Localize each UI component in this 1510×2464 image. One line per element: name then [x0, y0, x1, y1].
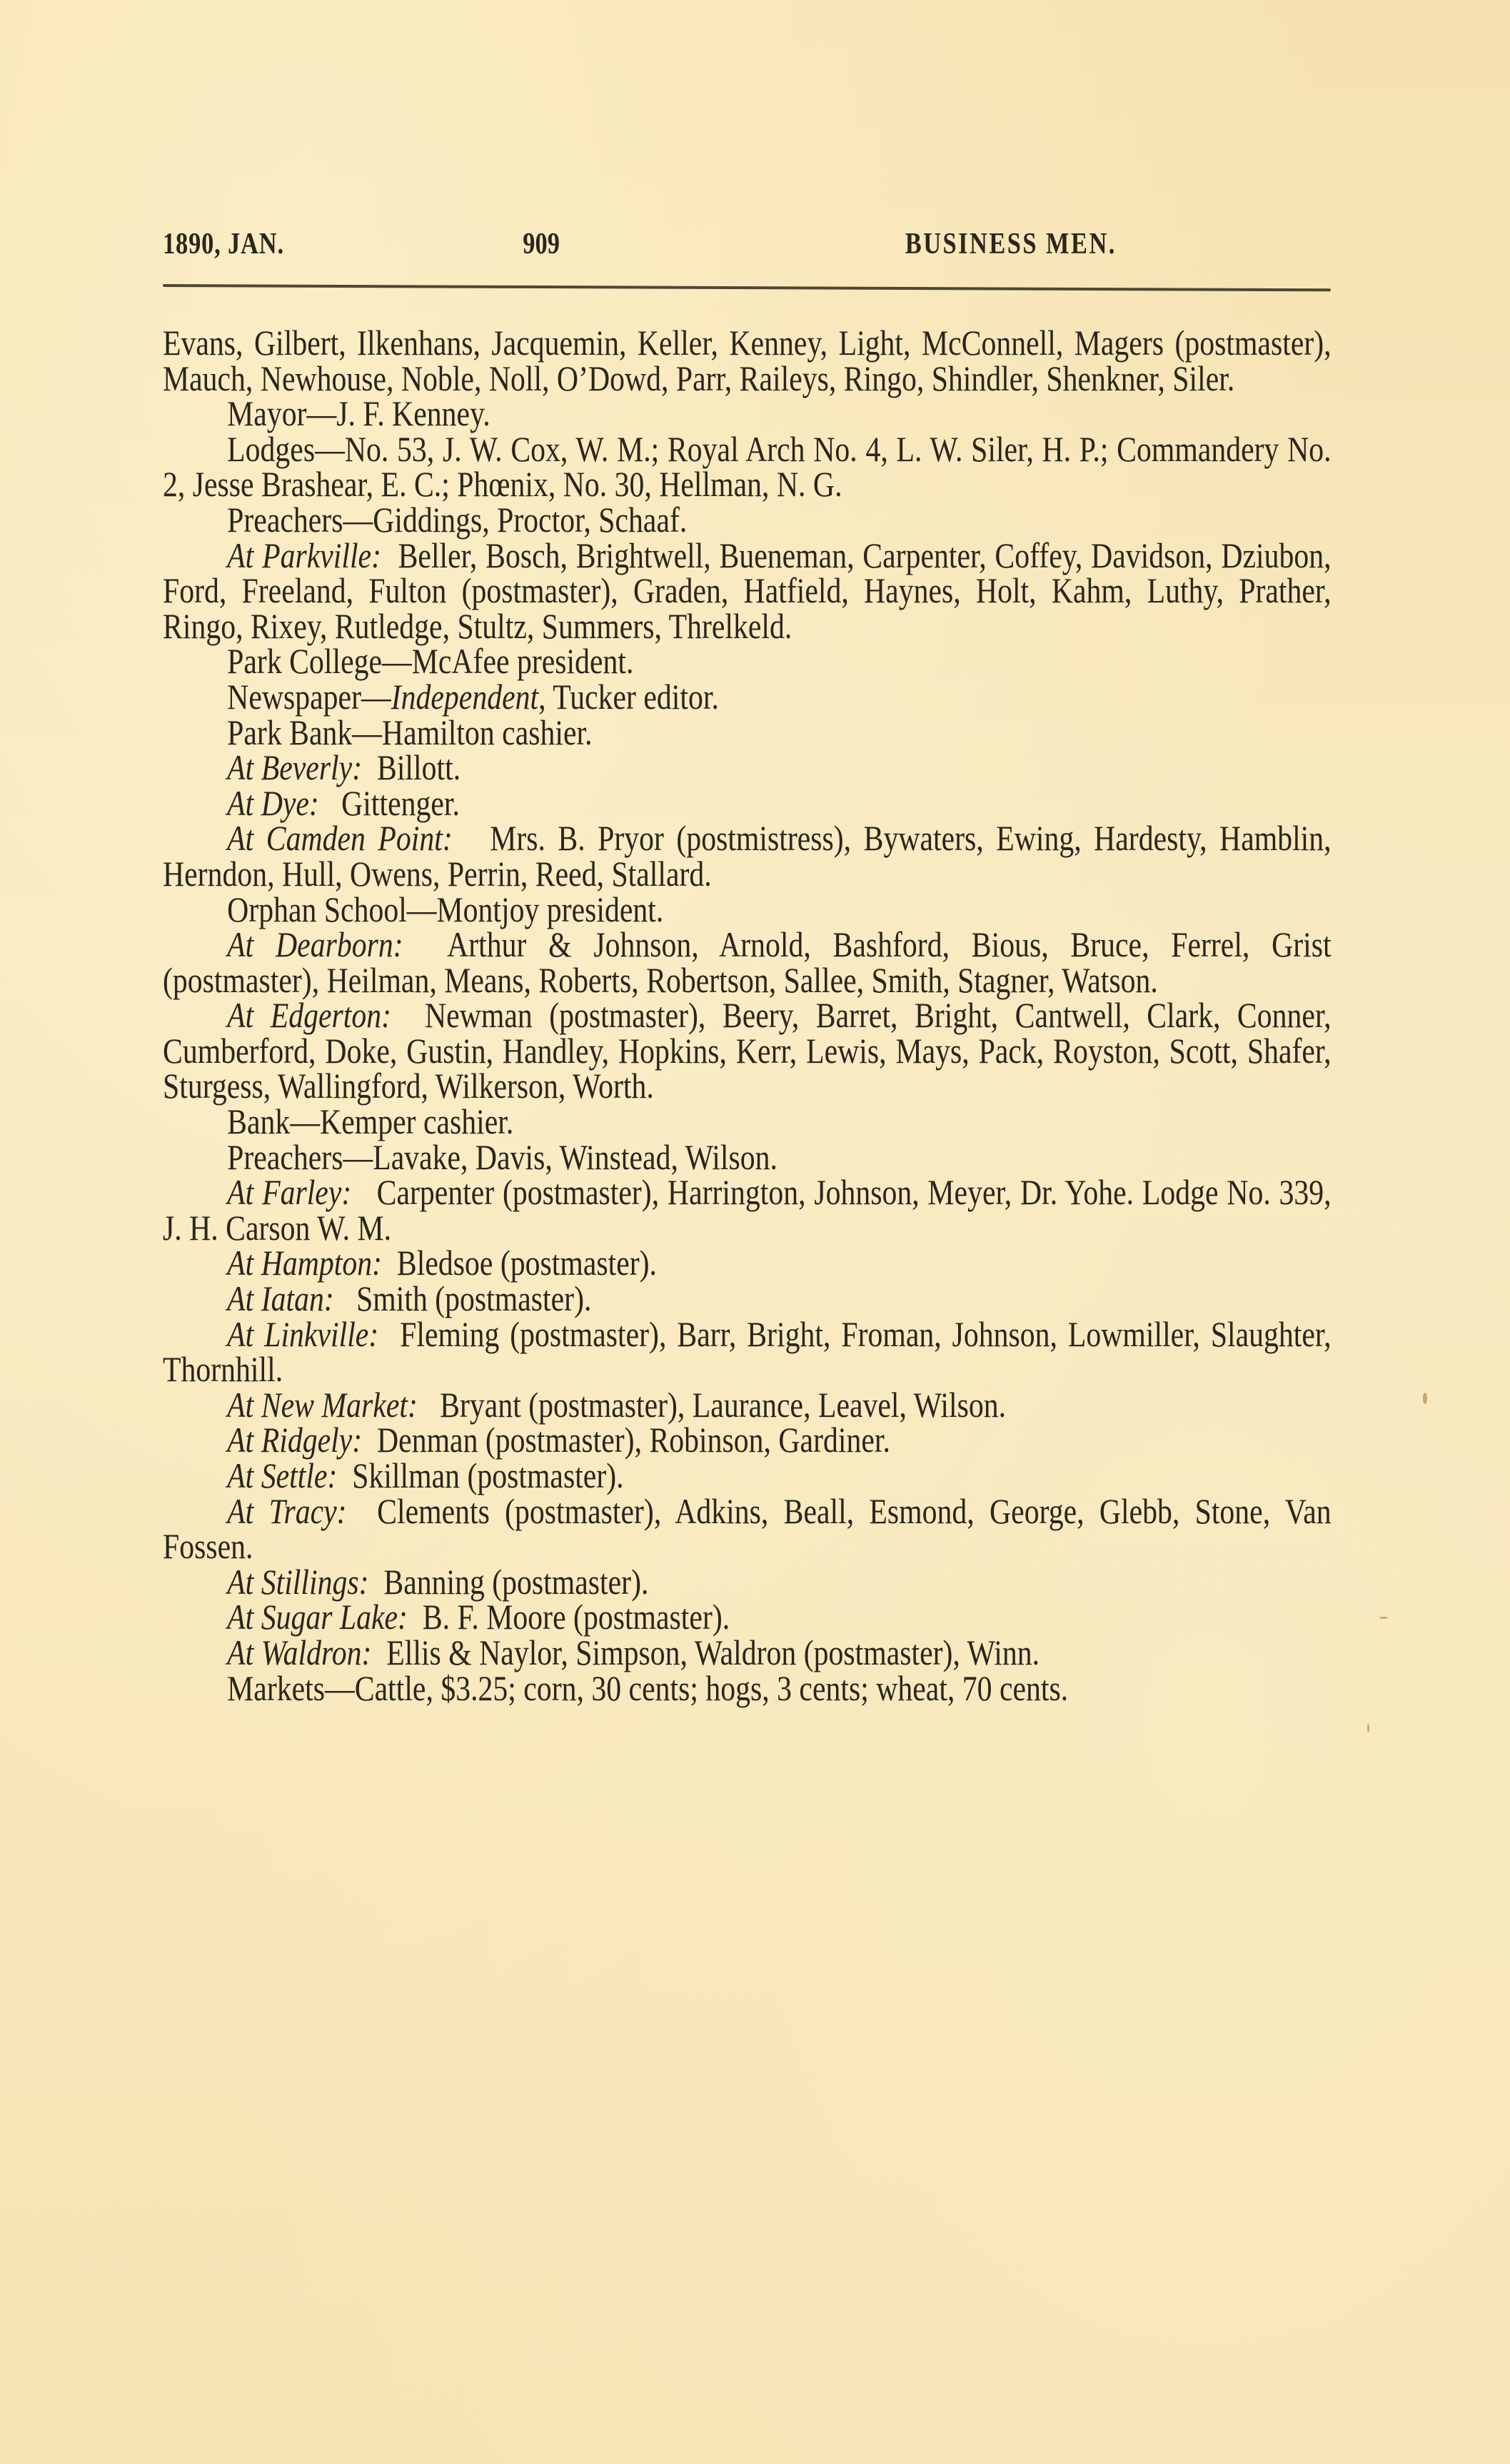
- paragraph-hampton: At Hampton: Bledsoe (postmaster).: [163, 1246, 1332, 1281]
- paragraph-sugar-lake: At Sugar Lake: B. F. Moore (postmaster).: [163, 1600, 1332, 1635]
- entry-label: Preachers: [227, 500, 343, 540]
- entry-text: Bledsoe (postmaster).: [397, 1243, 657, 1283]
- entry-label: Markets: [227, 1668, 325, 1708]
- place-name: At Sugar Lake:: [227, 1597, 408, 1637]
- em-dash: —: [306, 393, 336, 433]
- paragraph-park-college: Park College—McAfee president.: [163, 644, 1332, 680]
- entry-label: Bank: [227, 1101, 290, 1141]
- em-dash: —: [315, 429, 345, 469]
- entry-label: Newspaper: [227, 677, 361, 717]
- place-name: At Stillings:: [227, 1562, 368, 1602]
- em-dash: —: [361, 677, 391, 717]
- em-dash: —: [343, 500, 373, 540]
- entry-text: Skillman (postmaster).: [352, 1455, 623, 1495]
- paragraph-stillings: At Stillings: Banning (postmaster).: [163, 1565, 1332, 1600]
- paragraph-parkville: At Parkville: Beller, Bosch, Brightwell,…: [163, 538, 1332, 645]
- entry-text: Banning (postmaster).: [383, 1562, 648, 1602]
- entry-text: J. F. Kenney.: [336, 393, 490, 433]
- entry-text: Cattle, $3.25; corn, 30 cents; hogs, 3 c…: [355, 1668, 1068, 1708]
- entry-text: McAfee president.: [412, 641, 634, 681]
- place-name: At Farley:: [227, 1172, 351, 1212]
- em-dash: —: [343, 1137, 373, 1177]
- place-name: At Camden Point:: [227, 818, 453, 858]
- paragraph-bank: Bank—Kemper cashier.: [163, 1104, 1332, 1140]
- em-dash: —: [325, 1668, 355, 1708]
- paragraph-text: Evans, Gilbert, Ilkenhans, Jacquemin, Ke…: [163, 323, 1332, 398]
- place-name: At Linkville:: [227, 1314, 378, 1354]
- place-name: At Settle:: [227, 1455, 337, 1495]
- em-dash: —: [407, 889, 437, 929]
- paper-speck: [1379, 1617, 1388, 1619]
- em-dash: —: [290, 1101, 320, 1141]
- paragraph-dye: At Dye: Gittenger.: [163, 786, 1332, 822]
- paragraph-ridgely: At Ridgely: Denman (postmaster), Robinso…: [163, 1423, 1332, 1458]
- paragraph-preachers-edgerton: Preachers—Lavake, Davis, Winstead, Wilso…: [163, 1140, 1332, 1176]
- paragraph-mayor: Mayor—J. F. Kenney.: [163, 396, 1332, 432]
- entry-text: Denman (postmaster), Robinson, Gardiner.: [377, 1420, 890, 1460]
- place-name: At New Market:: [227, 1385, 418, 1425]
- paragraph-linkville: At Linkville: Fleming (postmaster), Barr…: [163, 1317, 1332, 1388]
- entry-text: Gittenger.: [341, 783, 460, 823]
- paragraph-settle: At Settle: Skillman (postmaster).: [163, 1458, 1332, 1494]
- paragraph-dearborn: At Dearborn: Arthur & Johnson, Arnold, B…: [163, 927, 1332, 998]
- paragraph-newspaper: Newspaper—Independent, Tucker editor.: [163, 680, 1332, 715]
- paragraph-edgerton: At Edgerton: Newman (postmaster), Beery,…: [163, 998, 1332, 1104]
- entry-text: Giddings, Proctor, Schaaf.: [373, 500, 687, 540]
- entry-text: Billott.: [377, 747, 460, 787]
- paragraph-new-market: At New Market: Bryant (postmaster), Laur…: [163, 1388, 1332, 1423]
- paragraph-orphan-school: Orphan School—Montjoy president.: [163, 892, 1332, 928]
- paragraph-farley: At Farley: Carpenter (postmaster), Harri…: [163, 1175, 1332, 1246]
- paragraph-park-bank: Park Bank—Hamilton cashier.: [163, 715, 1332, 751]
- entry-text: Hamilton cashier.: [382, 712, 592, 752]
- entry-text: Kemper cashier.: [320, 1101, 513, 1141]
- entry-text: , Tucker editor.: [538, 677, 719, 717]
- header-date: 1890, JAN.: [163, 227, 284, 261]
- header-section-title: BUSINESS MEN.: [905, 227, 1117, 261]
- em-dash: —: [382, 641, 412, 681]
- paragraph-lodges: Lodges—No. 53, J. W. Cox, W. M.; Royal A…: [163, 432, 1332, 503]
- entry-label: Park Bank: [227, 712, 352, 752]
- entry-label: Park College: [227, 641, 382, 681]
- em-dash: —: [352, 712, 382, 752]
- place-name: At Edgerton:: [227, 995, 391, 1035]
- paragraph-waldron: At Waldron: Ellis & Naylor, Simpson, Wal…: [163, 1635, 1332, 1671]
- header-rule: [163, 284, 1331, 291]
- paragraph-tracy: At Tracy: Clements (postmaster), Adkins,…: [163, 1494, 1332, 1565]
- place-name: At Dye:: [227, 783, 319, 823]
- entry-text: Lavake, Davis, Winstead, Wilson.: [373, 1137, 777, 1177]
- newspaper-title: Independent: [391, 677, 538, 717]
- entry-label: Preachers: [227, 1137, 343, 1177]
- place-name: At Tracy:: [227, 1491, 346, 1531]
- paragraph-beverly: At Beverly: Billott.: [163, 750, 1332, 786]
- paragraph-preachers: Preachers—Giddings, Proctor, Schaaf.: [163, 503, 1332, 538]
- place-name: At Ridgely:: [227, 1420, 362, 1460]
- paper-speck: [1423, 1393, 1427, 1404]
- entry-text: Bryant (postmaster), Laurance, Leavel, W…: [440, 1385, 1006, 1425]
- entry-label: Mayor: [227, 393, 306, 433]
- place-name: At Waldron:: [227, 1632, 371, 1672]
- directory-body: Evans, Gilbert, Ilkenhans, Jacquemin, Ke…: [163, 325, 1332, 1706]
- entry-text: Montjoy president.: [437, 889, 664, 929]
- entry-label: Orphan School: [227, 889, 407, 929]
- paragraph-town-listing: Evans, Gilbert, Ilkenhans, Jacquemin, Ke…: [163, 325, 1332, 396]
- place-name: At Dearborn:: [227, 924, 403, 964]
- entry-label: Lodges: [227, 429, 315, 469]
- place-name: At Parkville:: [227, 535, 381, 575]
- entry-text: Smith (postmaster).: [356, 1278, 591, 1318]
- book-page: 1890, JAN. 909 BUSINESS MEN. Evans, Gilb…: [163, 227, 1334, 270]
- paragraph-iatan: At Iatan: Smith (postmaster).: [163, 1281, 1332, 1317]
- page-number: 909: [523, 227, 560, 261]
- place-name: At Beverly:: [227, 747, 362, 787]
- paper-speck: [1367, 1724, 1369, 1732]
- entry-text: Ellis & Naylor, Simpson, Waldron (postma…: [386, 1632, 1040, 1672]
- paragraph-markets: Markets—Cattle, $3.25; corn, 30 cents; h…: [163, 1671, 1332, 1707]
- place-name: At Iatan:: [227, 1278, 334, 1318]
- running-head: 1890, JAN. 909 BUSINESS MEN.: [163, 227, 1334, 270]
- entry-text: B. F. Moore (postmaster).: [423, 1597, 730, 1637]
- place-name: At Hampton:: [227, 1243, 382, 1283]
- paragraph-camden-point: At Camden Point: Mrs. B. Pryor (postmist…: [163, 821, 1332, 892]
